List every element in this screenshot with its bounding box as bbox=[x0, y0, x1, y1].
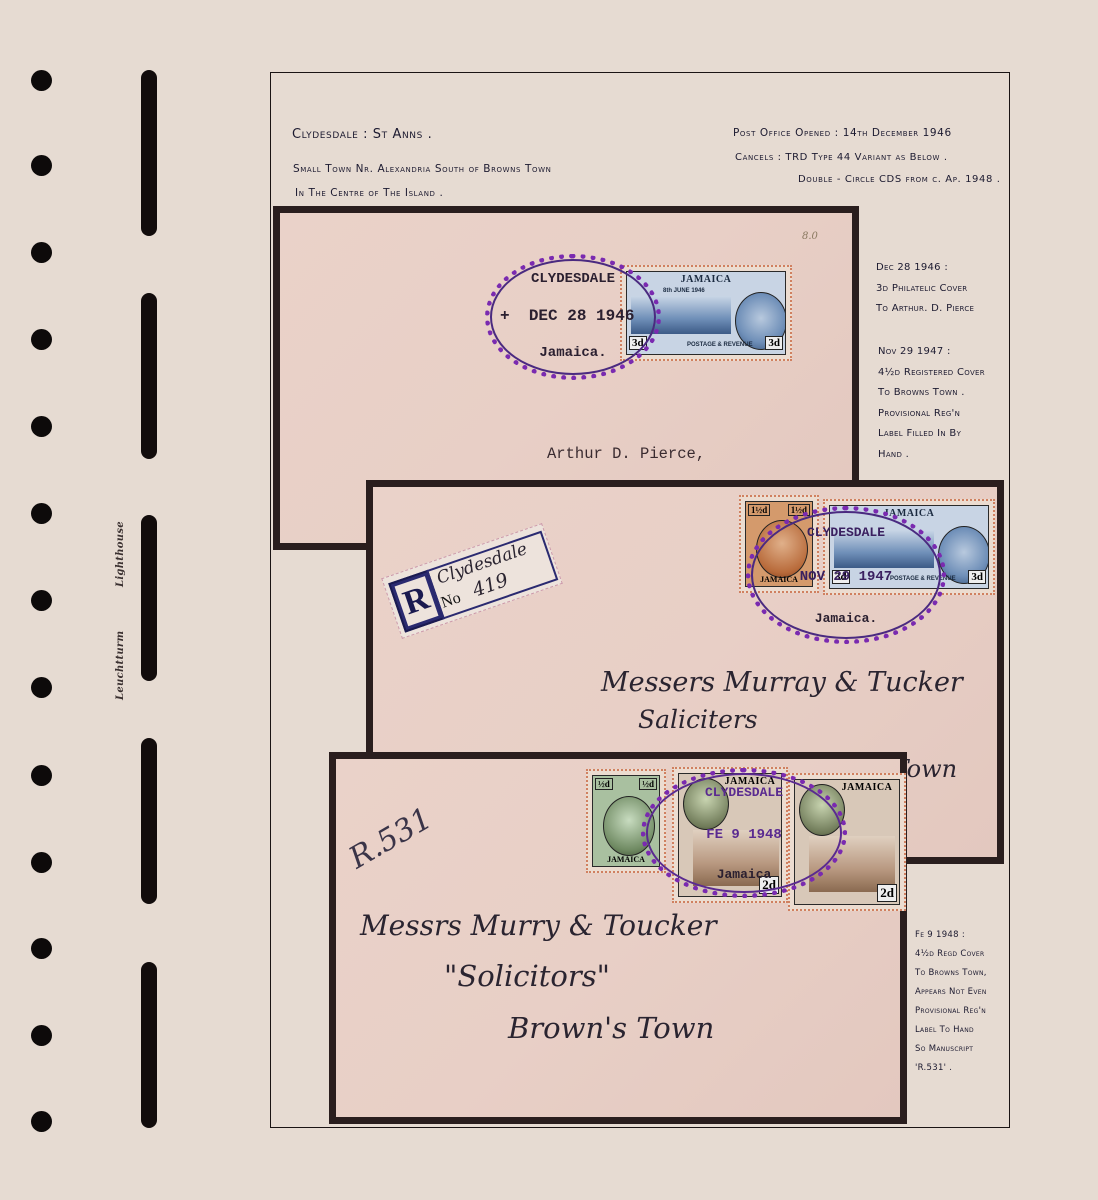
binder-slot bbox=[141, 515, 157, 681]
address-line: Brown's Town bbox=[508, 1011, 714, 1045]
annotation-line: Label Filled In By bbox=[878, 424, 985, 445]
annotation-cover-3: Fe 9 1948 : 4½d Regd Cover To Browns Tow… bbox=[915, 926, 987, 1078]
annotation-cover-2: Nov 29 1947 : 4½d Registered Cover To Br… bbox=[878, 342, 985, 465]
binder-hole bbox=[31, 590, 52, 611]
annotation-line: Appears Not Even bbox=[915, 983, 987, 1002]
description-line-1: Small Town Nr. Alexandria South of Brown… bbox=[293, 164, 551, 175]
post-office-opened: Post Office Opened : 14th December 1946 bbox=[733, 128, 952, 139]
address-line: Messers Murray & Tucker bbox=[601, 667, 963, 698]
description-line-2: In The Centre of The Island . bbox=[295, 188, 443, 199]
cancels-note: Cancels : TRD Type 44 Variant as Below . bbox=[735, 153, 948, 163]
binder-hole bbox=[31, 1111, 52, 1132]
annotation-line: Provisional Reg'n bbox=[915, 1002, 987, 1021]
annotation-line: So Manuscript bbox=[915, 1040, 987, 1059]
clydesdale-cancel: CLYDESDALE + DEC 28 1946 Jamaica. bbox=[490, 259, 656, 375]
annotation-line: Fe 9 1948 : bbox=[915, 926, 987, 945]
binder-slot bbox=[141, 293, 157, 459]
binder-slot bbox=[141, 738, 157, 904]
binder-hole bbox=[31, 70, 52, 91]
annotation-line: To Browns Town . bbox=[878, 383, 985, 404]
annotation-line: Nov 29 1947 : bbox=[878, 342, 985, 363]
binder-hole bbox=[31, 1025, 52, 1046]
clydesdale-cancel: CLYDESDALE NOV 29 1947 Jamaica. bbox=[751, 511, 941, 639]
brand-right: Lighthouse bbox=[115, 521, 126, 587]
address-line: Saliciters bbox=[638, 705, 758, 734]
annotation-cover-1: Dec 28 1946 : 3d Philatelic Cover To Art… bbox=[876, 258, 974, 320]
annotation-line: To Arthur. D. Pierce bbox=[876, 299, 974, 320]
binder-hole bbox=[31, 852, 52, 873]
binder-hole bbox=[31, 938, 52, 959]
address-line: Messrs Murry & Toucker bbox=[360, 909, 717, 942]
stamp-footer: POSTAGE & REVENUE bbox=[687, 342, 753, 348]
annotation-line: 4½d Regd Cover bbox=[915, 945, 987, 964]
annotation-line: 'R.531' . bbox=[915, 1059, 987, 1078]
pencil-note: 8.0 bbox=[802, 231, 818, 242]
annotation-line: Provisional Reg'n bbox=[878, 404, 985, 425]
binder-slot bbox=[141, 962, 157, 1128]
binder-hole bbox=[31, 503, 52, 524]
address-line: Arthur D. Pierce, bbox=[547, 446, 714, 463]
binder-hole bbox=[31, 155, 52, 176]
clydesdale-cancel: CLYDESDALE FE 9 1948 Jamaica bbox=[646, 773, 842, 893]
binder-hole bbox=[31, 765, 52, 786]
annotation-line: Hand . bbox=[878, 445, 985, 466]
annotation-line: To Browns Town, bbox=[915, 964, 987, 983]
annotation-line: 3d Philatelic Cover bbox=[876, 279, 974, 300]
binder-hole bbox=[31, 242, 52, 263]
brand-left: Leuchtturm bbox=[115, 631, 126, 700]
page-title: Clydesdale : St Anns . bbox=[292, 128, 432, 141]
binder-hole bbox=[31, 416, 52, 437]
cancels-note-2: Double - Circle CDS from c. Ap. 1948 . bbox=[798, 175, 1000, 185]
annotation-line: Dec 28 1946 : bbox=[876, 258, 974, 279]
binder-slot bbox=[141, 70, 157, 236]
stamp-subtitle: 8th JUNE 1946 bbox=[663, 288, 705, 294]
annotation-line: 4½d Registered Cover bbox=[878, 363, 985, 384]
binder-hole bbox=[31, 329, 52, 350]
cover-3-envelope: ½d ½d JAMAICA JAMAICA 2d JAMAICA 2d CLYD… bbox=[329, 752, 907, 1124]
address-line: "Solicitors" bbox=[444, 959, 610, 993]
annotation-line: Label To Hand bbox=[915, 1021, 987, 1040]
binder-hole bbox=[31, 677, 52, 698]
